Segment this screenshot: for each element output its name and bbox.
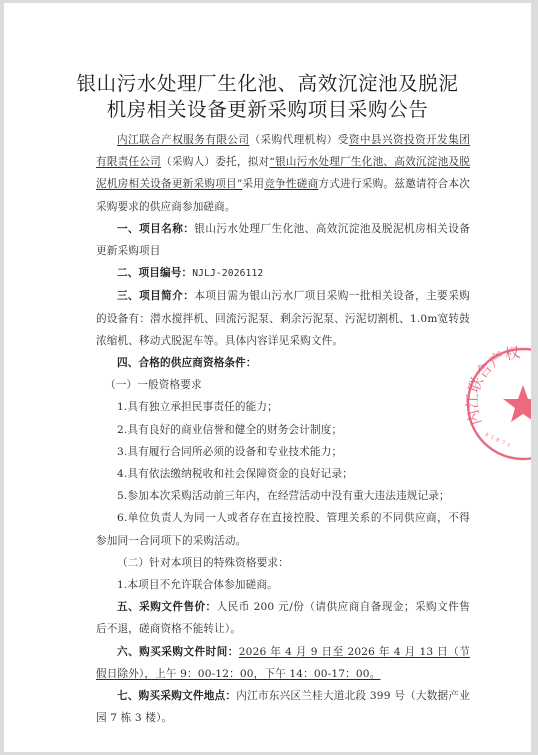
section-2-value: NJLJ-2026112: [192, 268, 263, 279]
title-line-2: 机房相关设备更新采购项目采购公告: [4, 97, 531, 123]
section-7-label: 七、购买采购文件地点：: [117, 690, 236, 702]
seal-text: 内江联合产权: [463, 343, 521, 427]
special-requirements-heading: （二）针对本项目的特殊资格要求：: [96, 552, 470, 574]
general-requirement-item: 6.单位负责人为同一人或者存在直接控股、管理关系的不同供应商，不得参加同一合同项…: [96, 507, 470, 551]
document-body: 内江联合产权服务有限公司（采购代理机构）受资中县兴资投资开发集团有限责任公司（采…: [96, 129, 470, 729]
section-6-label: 六、购买采购文件时间：: [117, 646, 239, 658]
general-requirement-item: 3.具有履行合同所必须的设备和专业技术能力；: [96, 441, 470, 463]
section-purchase-time: 六、购买采购文件时间：2026 年 4 月 9 日至 2026 年 4 月 13…: [96, 641, 470, 685]
seal-star-icon: [503, 385, 531, 422]
document-title: 银山污水处理厂生化池、高效沉淀池及脱泥 机房相关设备更新采购项目采购公告: [4, 71, 531, 123]
section-project-summary: 三、项目简介：本项目需为银山污水厂项目采购一批相关设备，主要采购的设备有：潜水搅…: [96, 285, 470, 352]
general-requirement-item: 2.具有良好的商业信誉和健全的财务会计制度；: [96, 419, 470, 441]
document-page: 银山污水处理厂生化池、高效沉淀池及脱泥 机房相关设备更新采购项目采购公告 内江联…: [4, 3, 531, 752]
general-requirements-heading: （一）一般资格要求: [96, 374, 470, 396]
title-line-1: 银山污水处理厂生化池、高效沉淀池及脱泥: [4, 71, 531, 97]
official-seal-stamp: 内江联合产权 0 1 0 7 1: [462, 343, 531, 465]
section-1-label: 一、项目名称：: [117, 223, 194, 235]
section-2-label: 二、项目编号：: [117, 267, 192, 279]
special-requirement-item: 1.本项目不允许联合体参加磋商。: [96, 574, 470, 596]
agency-role: （采购代理机构）受: [249, 134, 348, 146]
section-project-name: 一、项目名称：银山污水处理厂生化池、高效沉淀池及脱泥机房相关设备更新采购项目: [96, 218, 470, 262]
section-document-price: 五、采购文件售价：人民币 200 元/份（请供应商自备现金；采购文件售后不退，磋…: [96, 596, 470, 640]
section-5-label: 五、采购文件售价：: [117, 601, 217, 613]
general-requirement-item: 4.具有依法缴纳税收和社会保障资金的良好记录；: [96, 463, 470, 485]
section-3-label: 三、项目简介：: [117, 290, 194, 302]
purchaser-role: （采购人）委托，拟对: [161, 156, 269, 168]
general-requirement-item: 1.具有独立承担民事责任的能力；: [96, 396, 470, 418]
method-prefix: 采用: [242, 178, 264, 190]
svg-text:内江联合产权: 内江联合产权: [463, 343, 521, 427]
section-purchase-location: 七、购买采购文件地点：内江市东兴区兰桂大道北段 399 号（大数据产业园 7 栋…: [96, 685, 470, 729]
procurement-method: 竞争性磋商: [264, 178, 318, 190]
section-project-number: 二、项目编号：NJLJ-2026112: [96, 262, 470, 285]
intro-paragraph: 内江联合产权服务有限公司（采购代理机构）受资中县兴资投资开发集团有限责任公司（采…: [96, 129, 470, 218]
agency-name: 内江联合产权服务有限公司: [117, 134, 249, 146]
section-qualifications: 四、合格的供应商资格条件：: [96, 352, 470, 374]
section-4-label: 四、合格的供应商资格条件：: [117, 357, 257, 369]
general-requirement-item: 5.参加本次采购活动前三年内，在经营活动中没有重大违法违规记录；: [96, 485, 470, 507]
